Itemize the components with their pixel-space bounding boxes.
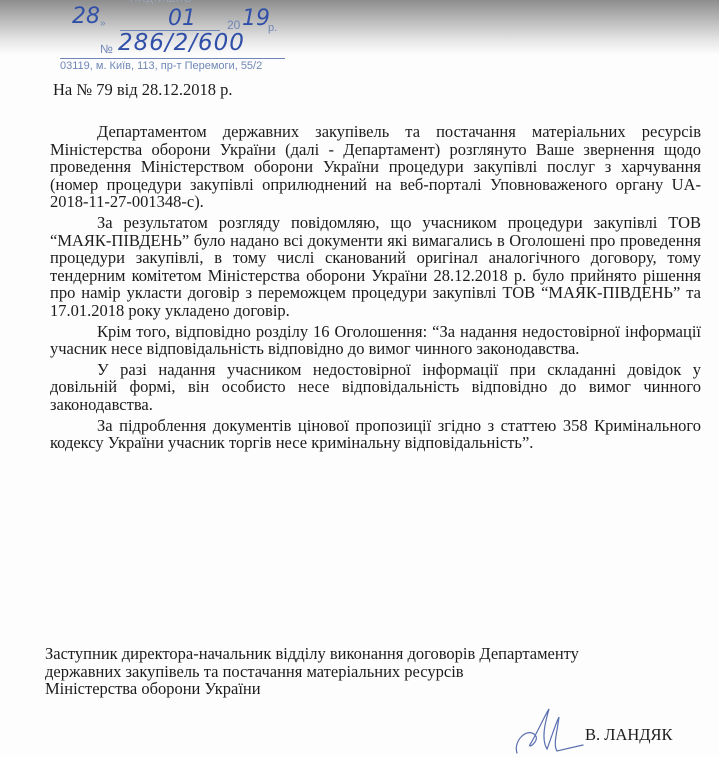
stamp-header: НАДІЙШЛО: [130, 0, 192, 5]
handwritten-signature-icon: [505, 705, 585, 757]
stamp-number: 286/2/600: [118, 30, 245, 56]
stamp-year-unit: р.: [268, 22, 277, 34]
stamp-day: 28: [72, 4, 100, 29]
registration-stamp: НАДІЙШЛО 28 » 01 20 19 р. № 286/2/600 03…: [50, 0, 290, 80]
letter-body: Департаментом державних закупівель та по…: [50, 123, 701, 455]
stamp-number-label: №: [100, 42, 113, 56]
position-line: Заступник директора-начальник відділу ви…: [45, 645, 705, 663]
stamp-number-line: [60, 58, 285, 59]
paragraph: Департаментом державних закупівель та по…: [50, 123, 701, 211]
paragraph: У разі надання учасником недостовірної і…: [50, 361, 701, 414]
signatory-position: Заступник директора-начальник відділу ви…: [45, 645, 705, 698]
paragraph: За результатом розгляду повідомляю, що у…: [50, 214, 701, 320]
stamp-month: 01: [168, 6, 196, 31]
paragraph: За підроблення документів цінової пропоз…: [50, 417, 701, 452]
position-line: Міністерства оборони України: [45, 680, 705, 698]
position-line: державних закупівель та постачання матер…: [45, 663, 705, 681]
stamp-address: 03119, м. Київ, 113, пр-т Перемоги, 55/2: [60, 60, 262, 72]
stamp-year: 19: [242, 6, 270, 31]
reference-line: На № 79 від 28.12.2018 р.: [53, 80, 233, 100]
paragraph: Крім того, відповідно розділу 16 Оголоше…: [50, 323, 701, 358]
quote-mark: »: [100, 18, 106, 29]
signatory-name: В. ЛАНДЯК: [585, 725, 673, 745]
